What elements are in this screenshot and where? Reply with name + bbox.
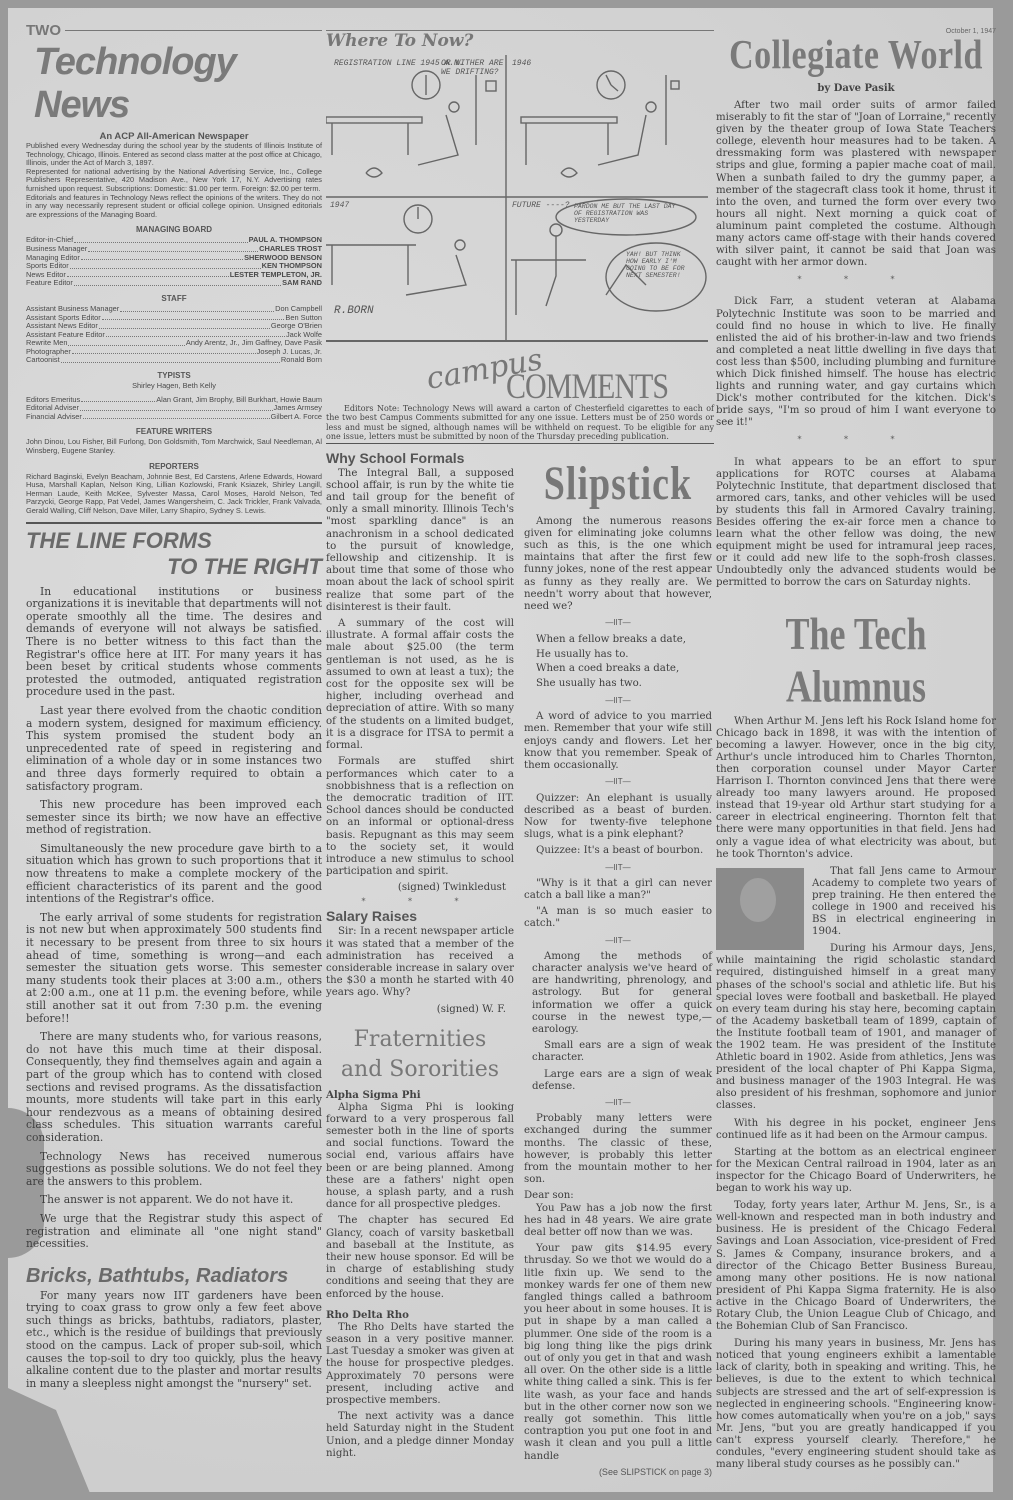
editorial-paragraph: Technology News has received numerous su… (26, 1151, 322, 1189)
panel4-caption: FUTURE ----? (512, 201, 570, 210)
iit-separator: —IIT— (524, 776, 712, 788)
slipstick-letters-intro: Probably many letters were exchanged dur… (524, 1113, 712, 1186)
iit-separator: —IIT— (524, 862, 712, 874)
formals-paragraph: The Integral Ball, a supposed school aff… (326, 468, 514, 614)
verse-line: When a fellow breaks a date, (536, 633, 712, 647)
editorial-paragraph: This new procedure has been improved eac… (26, 799, 322, 837)
fraternity-paragraph: Alpha Sigma Phi is looking forward to a … (326, 1102, 514, 1212)
tech-alumnus-body: When Arthur M. Jens left his Rock Island… (716, 716, 996, 1472)
campus-comments-banner: campus COMMENTS (326, 346, 714, 404)
panel2-caption: 1946 (512, 59, 531, 68)
formals-paragraph: A summary of the cost will illustrate. A… (326, 618, 514, 752)
slipstick-quizzer: Quizzer: An elephant is usually describe… (524, 793, 712, 842)
fraternities-title: Fraternities and Sororities (326, 1025, 514, 1085)
left-column: TWO Technology News An ACP All-American … (26, 22, 322, 1396)
editorial-title-line2: TO THE RIGHT (26, 554, 322, 580)
slipstick-intro: Among the numerous reasons given for eli… (524, 516, 712, 614)
managing-board-list: Editor-in-ChiefPAUL A. THOMPSON Business… (26, 236, 322, 288)
page-label: TWO (26, 22, 322, 39)
section-rule (26, 522, 322, 524)
salary-signature: (signed) W. F. (326, 1004, 506, 1015)
torn-corner (8, 1388, 128, 1498)
slipstick-body: Among the numerous reasons given for eli… (524, 516, 712, 1463)
verse-line: He usually has to. (536, 648, 712, 662)
iit-separator: —IIT— (524, 617, 712, 629)
right-column: October 1, 1947 Collegiate World by Dave… (716, 22, 996, 1476)
slipstick-verse: When a fellow breaks a date, He usually … (524, 633, 712, 691)
advertising-info: Represented for national advertising by … (26, 168, 322, 194)
alumnus-paragraph: During his Armour days, Jens, while main… (716, 943, 996, 1112)
middle-split: Why School Formals The Integral Ball, a … (326, 448, 714, 1477)
alpha-sigma-phi-body: Alpha Sigma Phi is looking forward to a … (326, 1102, 514, 1301)
reporters-names: Richard Baginski, Evelyn Beacham, Johnni… (26, 473, 322, 516)
adviser-row: Financial AdviserGilbert A. Force (26, 413, 322, 422)
verse-line: She usually has two. (536, 677, 712, 691)
editorial-paragraph: Last year there evolved from the chaotic… (26, 705, 322, 793)
rho-delta-rho-heading: Rho Delta Rho (326, 1309, 514, 1321)
editorial-paragraph: We urge that the Registrar study this as… (26, 1213, 322, 1251)
alumnus-paragraph: Starting at the bottom as an electrical … (716, 1147, 996, 1195)
formals-signature: (signed) Twinkledust (326, 882, 506, 893)
letter-paragraph: Your paw gits $14.95 every thrusday. So … (524, 1243, 712, 1463)
editorial-paragraph: In educational institutions or business … (26, 586, 322, 699)
newspaper-page: TWO Technology News An ACP All-American … (8, 8, 993, 1492)
editorial-title-line1: THE LINE FORMS (26, 528, 322, 554)
panel3-caption: 1947 (330, 201, 349, 210)
editors-note: Editors Note: Technology News will award… (326, 404, 714, 444)
cartoon-strip: REGISTRATION LINE 1945 A.M. OR WITHER AR… (326, 55, 708, 342)
slipstick-title: Slipstick (524, 456, 712, 511)
slipstick-large-ears: Large ears are a sign of weak defense. (524, 1069, 712, 1093)
fraternity-paragraph: The next activity was a dance held Satur… (326, 1411, 514, 1460)
feature-writers-names: John Dinou, Lou Fisher, Bill Furlong, Do… (26, 438, 322, 455)
bricks-paragraph: For many years now IIT gardeners have be… (26, 1290, 322, 1391)
slipstick-joke-question: "Why is it that a girl can never catch a… (524, 878, 712, 902)
iit-separator: —IIT— (524, 935, 712, 947)
continued-link[interactable]: (See SLIPSTICK on page 3) (524, 1467, 712, 1477)
separator-stars: * * * (326, 897, 514, 906)
collegiate-world-byline: by Dave Pasik (716, 83, 996, 94)
tech-alumnus-title: The Tech Alumnus (716, 607, 996, 712)
alumnus-paragraph: During his many years in business, Mr. J… (716, 1338, 996, 1471)
slipstick-earology: Among the methods of character analysis … (524, 951, 712, 1036)
staff-heading: STAFF (26, 294, 322, 303)
typists-names: Shirley Hagen, Beth Kelly (26, 382, 322, 391)
fraternity-paragraph: The Rho Delts have started the season in… (326, 1322, 514, 1407)
salary-title: Salary Raises (326, 908, 514, 924)
page-number: TWO (26, 22, 61, 39)
alumnus-paragraph: Today, forty years later, Arthur M. Jens… (716, 1200, 996, 1333)
formals-title: Why School Formals (326, 450, 514, 466)
reporters-heading: REPORTERS (26, 462, 322, 471)
feature-writers-heading: FEATURE WRITERS (26, 427, 322, 436)
editorial-paragraph: There are many students who, for various… (26, 1031, 322, 1144)
iit-separator: —IIT— (524, 1097, 712, 1109)
iit-separator: —IIT— (524, 695, 712, 707)
header-rule (65, 30, 322, 31)
staff-row: PhotographerJoseph J. Lucas, Jr. (26, 348, 322, 357)
slipstick-small-ears: Small ears are a sign of weak character. (524, 1040, 712, 1064)
alumnus-paragraph: When Arthur M. Jens left his Rock Island… (716, 716, 996, 861)
collegiate-item: In what appears to be an effort to spur … (716, 457, 996, 590)
fraternity-paragraph: The chapter has secured Ed Glancy, coach… (326, 1215, 514, 1300)
editors-note-text: Editors Note: Technology News will award… (326, 404, 714, 442)
panel1-note: OR WITHER ARE WE DRIFTING? (441, 59, 505, 77)
staff-list: Assistant Business ManagerDon Campbell A… (26, 305, 322, 365)
fraternities-title-line1: Fraternities (326, 1025, 514, 1055)
masthead-title: Technology News (34, 41, 322, 127)
alpha-sigma-phi-heading: Alpha Sigma Phi (326, 1089, 514, 1101)
publication-info: Published every Wednesday during the sch… (26, 142, 322, 168)
banner-comments: COMMENTS (506, 367, 668, 408)
collegiate-world-body: After two mail order suits of armor fail… (716, 100, 996, 590)
bricks-title: Bricks, Bathtubs, Radiators (26, 1265, 322, 1288)
cartoon-title: Where To Now? (326, 31, 714, 51)
managing-board-heading: MANAGING BOARD (26, 225, 322, 234)
collegiate-item: Dick Farr, a student veteran at Alabama … (716, 296, 996, 429)
separator-stars: * * * (716, 434, 996, 446)
arthur-jens-photo (716, 868, 804, 950)
collegiate-item: After two mail order suits of armor fail… (716, 100, 996, 269)
cartoon-drawing-icon (326, 55, 708, 340)
editorial-body: In educational institutions or business … (26, 586, 322, 1251)
speech-bubble-1: PARDON ME BUT THE LAST DAY OF REGISTRATI… (574, 203, 684, 224)
editorial-paragraph: The answer is not apparent. We do not ha… (26, 1194, 322, 1207)
slipstick-column: Slipstick Among the numerous reasons giv… (524, 448, 712, 1477)
typists-heading: TYPISTS (26, 371, 322, 380)
middle-column: Where To Now? (326, 22, 714, 1477)
formals-paragraph: Formals are stuffed shirt performances w… (326, 756, 514, 878)
letters-column: Why School Formals The Integral Ball, a … (326, 448, 514, 1477)
slipstick-quizzee: Quizzee: It's a beast of bourbon. (524, 845, 712, 857)
letter-salutation: Dear son: (524, 1190, 712, 1202)
bricks-body: For many years now IIT gardeners have be… (26, 1290, 322, 1391)
collegiate-world-title: Collegiate World (716, 33, 996, 79)
editorial-paragraph: The early arrival of some students for r… (26, 912, 322, 1025)
salary-body: Sir: In a recent newspaper article it wa… (326, 926, 514, 999)
formals-body: The Integral Ball, a supposed school aff… (326, 468, 514, 879)
letter-paragraph: You Paw has a job now the first hes had … (524, 1203, 712, 1240)
slipstick-advice: A word of advice to you married men. Rem… (524, 711, 712, 772)
editorial-paragraph: Simultaneously the new procedure gave bi… (26, 843, 322, 906)
editorial-policy: Editorials and features in Technology Ne… (26, 194, 322, 220)
cartoon-signature: R.BORN (334, 305, 374, 317)
speech-bubble-2: YAH! BUT THINK HOW EARLY I'M GOING TO BE… (626, 251, 696, 279)
slipstick-joke-answer: "A man is so much easier to catch." (524, 906, 712, 930)
alumnus-paragraph: With his degree in his pocket, engineer … (716, 1118, 996, 1142)
rho-delta-rho-body: The Rho Delts have started the season in… (326, 1322, 514, 1460)
salary-paragraph: Sir: In a recent newspaper article it wa… (326, 926, 514, 999)
separator-stars: * * * (716, 274, 996, 286)
staff-row: CartoonistRonald Born (26, 356, 322, 365)
fraternities-title-line2: and Sororities (326, 1055, 514, 1085)
verse-line: When a coed breaks a date, (536, 662, 712, 676)
board-row: Feature EditorSAM RAND (26, 279, 322, 288)
